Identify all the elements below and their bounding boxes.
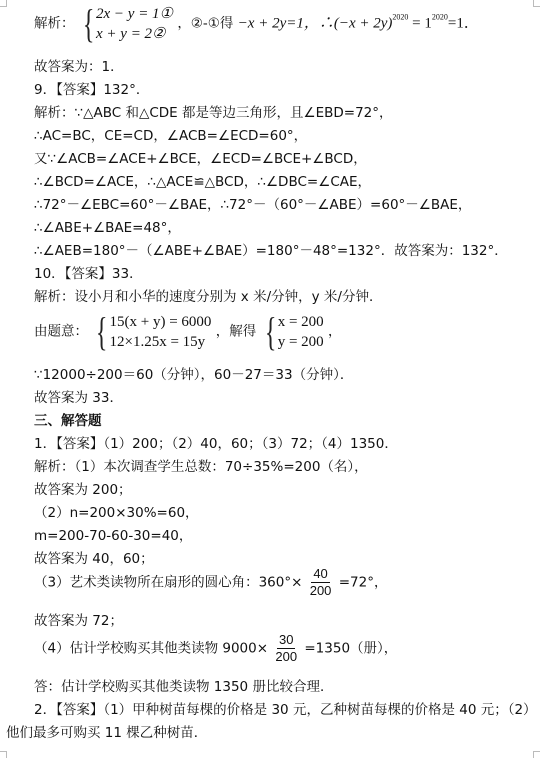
brace-icon: { xyxy=(83,4,95,44)
corner-mark-top-right xyxy=(533,0,540,7)
q8-analysis: 解析： { 2x − y = 1① x + y = 2② ，②-①得 −x + … xyxy=(34,4,479,44)
p1-line-4: m=200-70-60-30=40， xyxy=(34,527,192,545)
p1-part3: （3）艺术类读物所在扇形的圆心角：360°× 40 200 =72°， xyxy=(34,566,387,599)
p1-line-3: （2）n=200×30%=60， xyxy=(34,504,199,522)
q10-solve-label: ，解得 xyxy=(216,324,257,340)
q9-line-6: ∴∠ABE+∠BAE=48°， xyxy=(34,219,181,237)
p1-part4: （4）估计学校购买其他类读物 9000× 30 200 =1350（册）， xyxy=(34,632,397,665)
q9-line-3: 又∵∠ACB=∠ACE+∠BCE，∠ECD=∠BCE+∠BCD， xyxy=(34,150,367,168)
q10-calc: ∵12000÷200＝60（分钟），60－27＝33（分钟）． xyxy=(34,366,353,384)
q10-heading: 10．【答案】33． xyxy=(34,265,143,283)
q8-exponent: 2020 xyxy=(392,13,408,22)
q10-equation-system: { 15(x + y) = 6000 12×1.25x = 15y xyxy=(92,312,211,352)
corner-mark-bottom-left xyxy=(0,751,7,758)
q8-eq2: x + y = 2② xyxy=(96,24,173,44)
q10-label: 由题意： xyxy=(34,324,88,340)
q8-eq-mid: = 1 xyxy=(408,16,431,32)
q10-system: 由题意： { 15(x + y) = 6000 12×1.25x = 15y ，… xyxy=(34,312,341,352)
q10-analysis: 解析：设小月和小华的速度分别为 x 米/分钟，y 米/分钟． xyxy=(34,288,382,306)
brace-icon: { xyxy=(96,312,108,352)
p1-part4-fraction: 30 200 xyxy=(275,632,297,665)
q8-equation-system: { 2x − y = 1① x + y = 2② xyxy=(79,4,173,44)
p1-part3-answer: 故答案为 72； xyxy=(34,612,123,630)
q10-sol-tail: ， xyxy=(328,324,342,340)
p1-part4-suffix: =1350（册）， xyxy=(304,641,397,657)
q10-sol2: y = 200 xyxy=(278,332,324,352)
q8-mid: ，②-①得 xyxy=(177,16,233,32)
q9-heading: 9．【答案】132°． xyxy=(34,81,149,99)
p2-continuation: 他们最多可购买 11 棵乙种树苗． xyxy=(6,724,207,742)
q8-exponent-2: 2020 xyxy=(432,13,448,22)
q9-line-2: ∴AC=BC，CE=CD，∠ACB=∠ECD=60°， xyxy=(34,127,307,145)
q8-tail: =1． xyxy=(448,16,479,32)
p1-conclusion: 答：估计学校购买其他类读物 1350 册比较合理． xyxy=(34,678,333,696)
p1-part3-fraction: 40 200 xyxy=(310,566,332,599)
p1-part4-prefix: （4）估计学校购买其他类读物 9000× xyxy=(34,641,268,657)
q8-answer: 故答案为：1． xyxy=(34,58,124,76)
p1-line-1: 解析：（1）本次调查学生总数：70÷35%=200（名）， xyxy=(34,458,368,476)
q8-derived: −x + 2y=1，∴(−x + 2y) xyxy=(238,16,393,32)
corner-mark-top-left xyxy=(0,0,7,7)
p2-heading: 2．【答案】（1）甲种树苗每棵的价格是 30 元，乙种树苗每棵的价格是 40 元… xyxy=(34,701,537,719)
q10-answer: 故答案为 33． xyxy=(34,389,123,407)
q8-label: 解析： xyxy=(34,16,75,32)
p1-line-2: 故答案为 200； xyxy=(34,481,132,499)
corner-mark-bottom-right xyxy=(533,751,540,758)
section-title: 三、解答题 xyxy=(34,412,102,430)
p1-part3-suffix: =72°， xyxy=(339,575,388,591)
q9-line-4: ∴∠BCD=∠ACE，∴△ACE≌△BCD，∴∠DBC=∠CAE， xyxy=(34,173,371,191)
q9-line-5: ∴72°－∠EBC=60°－∠BAE，∴72°－（60°－∠ABE）=60°－∠… xyxy=(34,196,471,214)
q10-eq1: 15(x + y) = 6000 xyxy=(110,312,212,332)
q9-line-1: 解析：∵△ABC 和△CDE 都是等边三角形，且∠EBD=72°， xyxy=(34,104,393,122)
brace-icon: { xyxy=(264,312,276,352)
q10-eq2: 12×1.25x = 15y xyxy=(110,332,212,352)
q8-eq1: 2x − y = 1① xyxy=(96,4,173,24)
q9-line-7: ∴∠AEB=180°－（∠ABE+∠BAE）=180°－48°=132°．故答案… xyxy=(34,242,508,260)
p1-part3-prefix: （3）艺术类读物所在扇形的圆心角：360°× xyxy=(34,575,302,591)
q10-sol1: x = 200 xyxy=(278,312,324,332)
p1-heading: 1．【答案】（1）200；（2）40，60；（3）72；（4）1350． xyxy=(34,435,398,453)
q10-solution-system: { x = 200 y = 200 xyxy=(261,312,324,352)
